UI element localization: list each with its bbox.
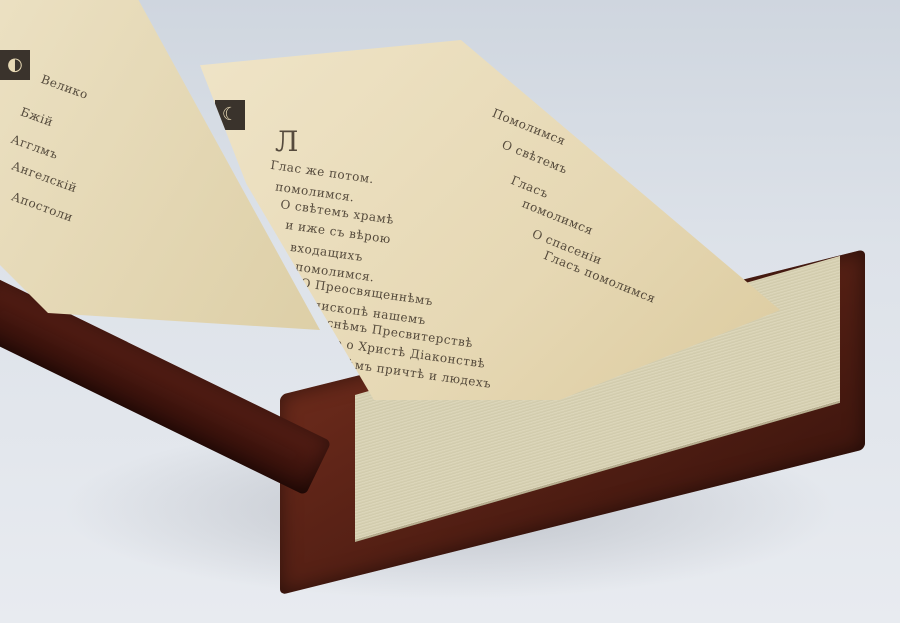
text-line: помолимся: [520, 196, 595, 237]
left-text-line: Велико: [39, 72, 90, 102]
text-line: Помолимся: [490, 106, 568, 148]
left-text-line: Апостоли: [10, 189, 75, 224]
heading-letter: Л: [275, 125, 299, 158]
left-text-line: Ангелскій: [10, 159, 79, 196]
photo-scene: ◐ Велико Бжій Агглмъ Ангелскій Апостоли …: [0, 0, 900, 623]
ornament-initial-left: ◐: [0, 50, 30, 80]
left-text-line: Агглмъ: [9, 132, 60, 162]
left-text-line: Бжій: [19, 105, 55, 130]
text-line: Гласъ: [509, 173, 551, 201]
ornament-initial-right: ☾: [215, 100, 245, 130]
